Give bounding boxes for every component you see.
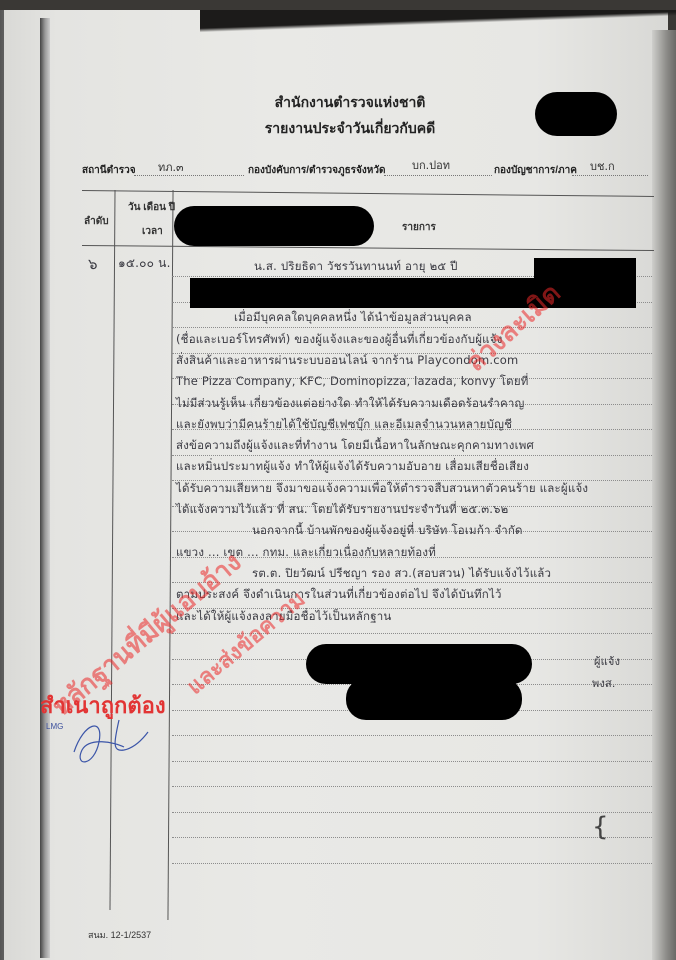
division-value: บก.ปอท [412, 156, 450, 174]
agency-title: สำนักงานตำรวจแห่งชาติ [220, 92, 480, 114]
entry-number: ๖ [88, 252, 98, 276]
dotline [384, 175, 492, 176]
entry-line: (ชื่อและเบอร์โทรศัพท์) ของผู้แจ้งและของผ… [176, 331, 503, 349]
col-header-time: เวลา [142, 224, 163, 239]
entry-line: รต.ต. ปิยวัฒน์ ปรีชญา รอง สว.(สอบสวน) ได… [252, 565, 551, 583]
ruled-line [172, 863, 652, 864]
entry-line: ได้แจ้งความไว้แล้ว ที่ สน. โดยได้รับรายง… [176, 501, 508, 519]
entry-line: เมื่อมีบุคคลใดบุคคลหนึ่ง ได้นำข้อมูลส่วน… [234, 309, 472, 327]
form-code: สนม. 12-1/2537 [88, 928, 151, 942]
entry-line: ไม่มีส่วนรู้เห็น เกี่ยวข้องแต่อย่างใด ทำ… [176, 395, 525, 413]
ruled-line [172, 837, 652, 838]
station-value: ทภ.๓ [158, 158, 184, 176]
entry-line: ส่งข้อความถึงผู้แจ้งและที่ทำงาน โดยมีเนื… [176, 437, 534, 455]
ruled-line [172, 761, 652, 762]
photo-edge-top [200, 10, 676, 34]
redaction-signature-2 [346, 678, 522, 720]
signature-label-reporter: ผู้แจ้ง [594, 652, 620, 670]
entry-line: The Pizza Company, KFC, Dominopizza, laz… [176, 373, 529, 391]
col-header-number: ลำดับ [84, 214, 109, 229]
ruled-line [172, 812, 652, 813]
entry-line: ได้รับความเสียหาย จึงมาขอแจ้งความเพื่อให… [176, 480, 588, 498]
binder-edge [40, 18, 50, 958]
signature-initials: LMG [46, 722, 63, 731]
division-label: กองบังคับการ/ตำรวจภูธรจังหวัด [248, 163, 386, 178]
entry-line: และหมิ่นประมาทผู้แจ้ง ทำให้ผู้แจ้งได้รับ… [176, 458, 529, 476]
ruled-line [172, 735, 652, 736]
dotline [134, 175, 244, 176]
station-label: สถานีตำรวจ [82, 163, 136, 178]
report-title: รายงานประจำวันเกี่ยวกับคดี [220, 118, 480, 140]
col-header-date: วัน เดือน ปี [128, 200, 175, 215]
entry-line: น.ส. ปริยธิดา วัชรวันทานนท์ อายุ ๒๕ ปี [254, 258, 458, 276]
entry-line: และยังพบว่ามีคนร้ายได้ใช้บัญชีเฟซบุ๊ก แล… [176, 416, 512, 434]
command-label: กองบัญชาการ/ภาค [494, 163, 577, 178]
command-value: บช.ก [590, 157, 615, 175]
redaction-top-right [535, 92, 617, 136]
end-mark: { [592, 812, 609, 842]
signature-icon [64, 712, 154, 772]
entry-time: ๑๕.๐๐ น. [118, 254, 171, 273]
redaction-header [174, 206, 374, 246]
signature-label-officer: พงส. [592, 674, 616, 692]
ruled-line [172, 786, 652, 787]
dotline [572, 175, 648, 176]
entry-line: นอกจากนี้ บ้านพักของผู้แจ้งอยู่ที่ บริษั… [252, 522, 523, 540]
photo-edge-right [652, 30, 676, 960]
col-header-details: รายการ [402, 220, 436, 235]
